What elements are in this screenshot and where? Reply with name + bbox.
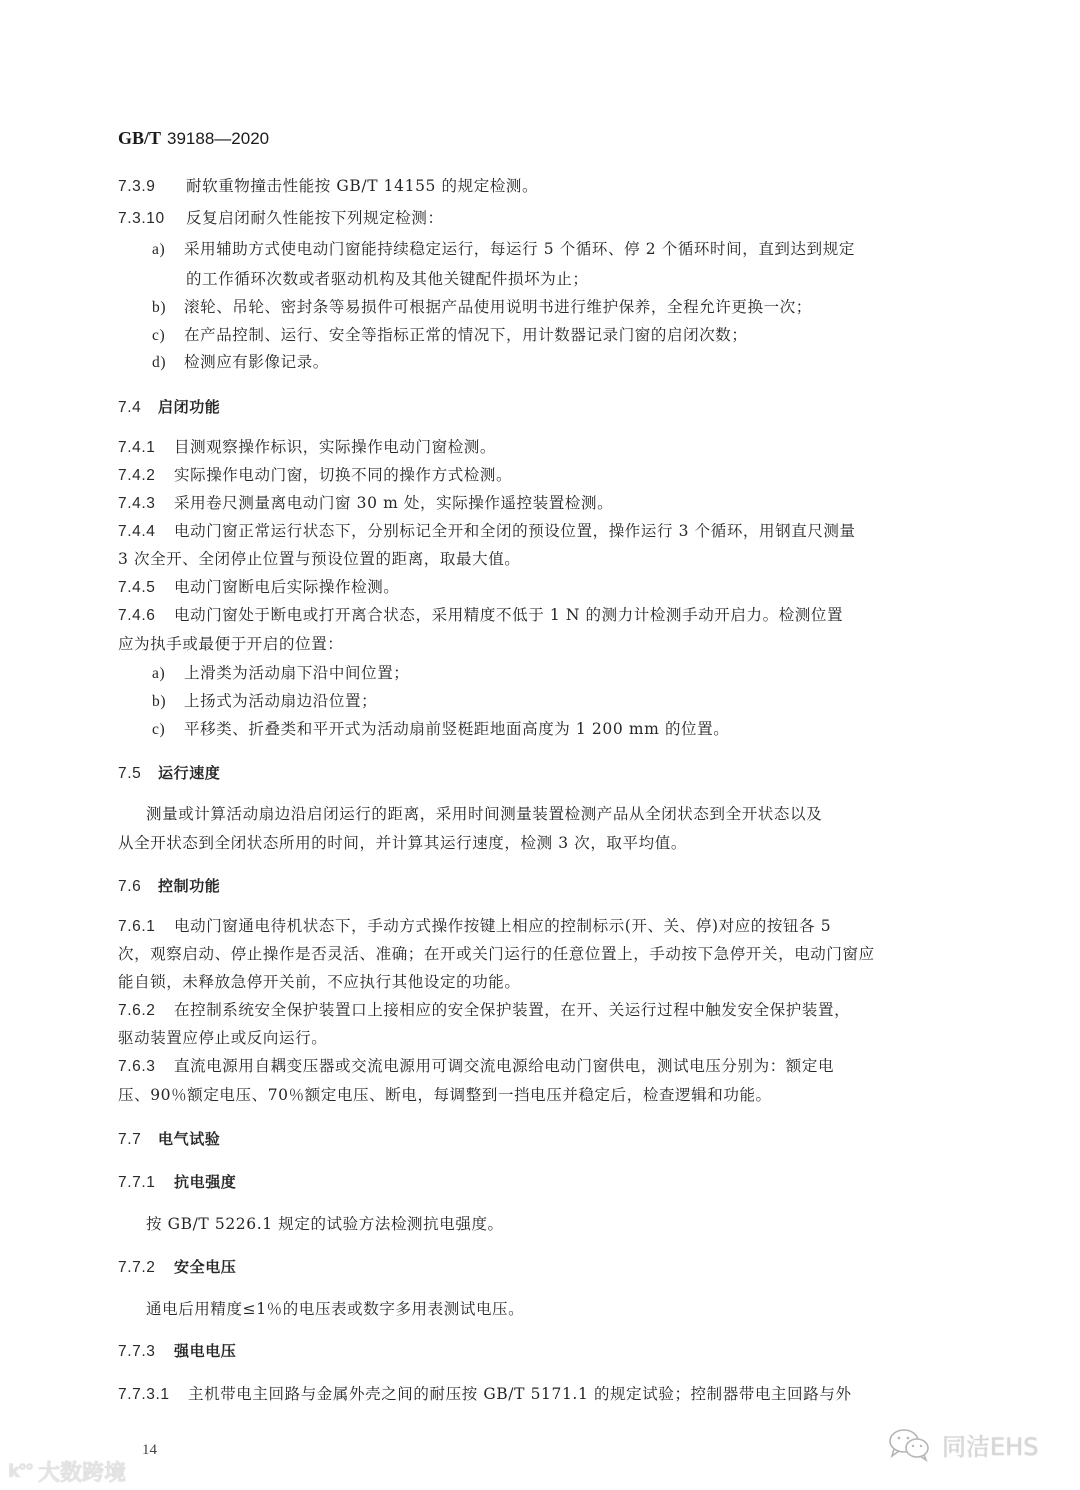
clause-7-4-3: 7.4.3采用卷尺测量离电动门窗 30 m 处，实际操作遥控装置检测。 bbox=[118, 493, 613, 514]
paragraph-text: 按 GB/T 5226.1 规定的试验方法检测抗电强度。 bbox=[146, 1215, 504, 1233]
paragraph: 测量或计算活动扇边沿启闭运行的距离，采用时间测量装置检测产品从全闭状态到全开状态… bbox=[146, 804, 822, 824]
list-item-b: b)滚轮、吊轮、密封条等易损件可根据产品使用说明书进行维护保养，全程允许更换一次… bbox=[152, 297, 812, 318]
paragraph-text: 从全开状态到全闭状态所用的时间，并计算其运行速度，检测 3 次，取平均值。 bbox=[118, 834, 687, 852]
list-text: 滚轮、吊轮、密封条等易损件可根据产品使用说明书进行维护保养，全程允许更换一次； bbox=[184, 298, 812, 316]
clause-text: 应为执手或最便于开启的位置： bbox=[118, 635, 343, 653]
section-7-4-heading: 7.4启闭功能 bbox=[118, 397, 220, 418]
clause-7-4-4: 7.4.4电动门窗正常运行状态下，分别标记全开和全闭的预设位置，操作运行 3 个… bbox=[118, 521, 856, 542]
list-item-d: d)检测应有影像记录。 bbox=[152, 352, 329, 373]
document-page: GB/T39188—2020 7.3.9耐软重物撞击性能按 GB/T 14155… bbox=[0, 0, 1080, 1490]
clause-number: 7.4.3 bbox=[118, 494, 174, 514]
list-label: b) bbox=[152, 298, 184, 318]
list-text: 上扬式为活动扇边沿位置； bbox=[184, 692, 377, 710]
clause-7-4-1: 7.4.1目测观察操作标识，实际操作电动门窗检测。 bbox=[118, 437, 496, 458]
clause-number: 7.3.9 bbox=[118, 177, 186, 197]
clause-text: 电动门窗处于断电或打开离合状态，采用精度不低于 1 N 的测力计检测手动开启力。… bbox=[174, 606, 843, 624]
list-label: a) bbox=[152, 664, 184, 684]
list-item-c: c)在产品控制、运行、安全等指标正常的情况下，用计数器记录门窗的启闭次数； bbox=[152, 325, 748, 346]
watermark-left-text: 大数跨境 bbox=[38, 1456, 126, 1487]
list-label: d) bbox=[152, 353, 184, 373]
clause-text: 3 次全开、全闭停止位置与预设位置的距离，取最大值。 bbox=[118, 550, 520, 568]
clause-7-3-9: 7.3.9耐软重物撞击性能按 GB/T 14155 的规定检测。 bbox=[118, 176, 538, 197]
standard-header: GB/T39188—2020 bbox=[118, 128, 269, 149]
list-item-b: b)上扬式为活动扇边沿位置； bbox=[152, 691, 377, 712]
subsection-7-7-1-heading: 7.7.1抗电强度 bbox=[118, 1172, 236, 1193]
section-title: 控制功能 bbox=[158, 877, 220, 895]
clause-text: 反复启闭耐久性能按下列规定检测： bbox=[186, 209, 444, 227]
section-7-5-heading: 7.5运行速度 bbox=[118, 763, 220, 784]
clause-text: 耐软重物撞击性能按 GB/T 14155 的规定检测。 bbox=[186, 177, 538, 195]
paragraph: 按 GB/T 5226.1 规定的试验方法检测抗电强度。 bbox=[146, 1214, 504, 1234]
list-item-a-cont: 的工作循环次数或者驱动机构及其他关键配件损坏为止； bbox=[186, 269, 589, 289]
list-item-c: c)平移类、折叠类和平开式为活动扇前竖梃距地面高度为 1 200 mm 的位置。 bbox=[152, 719, 729, 740]
clause-text: 采用卷尺测量离电动门窗 30 m 处，实际操作遥控装置检测。 bbox=[174, 494, 613, 512]
clause-text: 电动门窗断电后实际操作检测。 bbox=[174, 578, 399, 596]
subsection-7-7-2-heading: 7.7.2安全电压 bbox=[118, 1257, 236, 1278]
section-title: 电气试验 bbox=[158, 1130, 220, 1148]
watermark-left: k°° 大数跨境 bbox=[8, 1456, 126, 1487]
clause-number: 7.4.6 bbox=[118, 606, 174, 626]
paragraph-text: 测量或计算活动扇边沿启闭运行的距离，采用时间测量装置检测产品从全闭状态到全开状态… bbox=[146, 805, 822, 823]
subsection-number: 7.7.1 bbox=[118, 1173, 174, 1193]
subsection-title: 强电电压 bbox=[174, 1342, 236, 1360]
clause-number: 7.7.3.1 bbox=[118, 1385, 188, 1405]
page-number: 14 bbox=[142, 1442, 157, 1459]
clause-7-6-3: 7.6.3直流电源用自耦变压器或交流电源用可调交流电源给电动门窗供电，测试电压分… bbox=[118, 1056, 834, 1077]
clause-text: 主机带电主回路与金属外壳之间的耐压按 GB/T 5171.1 的规定试验；控制器… bbox=[188, 1385, 852, 1403]
clause-text: 驱动装置应停止或反向运行。 bbox=[118, 1029, 327, 1047]
clause-number: 7.6.1 bbox=[118, 917, 174, 937]
clause-7-4-6-cont: 应为执手或最便于开启的位置： bbox=[118, 634, 343, 654]
paragraph-text: 通电后用精度≤1％的电压表或数字多用表测试电压。 bbox=[146, 1300, 524, 1318]
clause-text: 电动门窗正常运行状态下，分别标记全开和全闭的预设位置，操作运行 3 个循环，用钢… bbox=[174, 522, 856, 540]
clause-7-6-3-cont: 压、90％额定电压、70％额定电压、断电，每调整到一挡电压并稳定后，检查逻辑和功… bbox=[118, 1085, 772, 1105]
clause-number: 7.4.4 bbox=[118, 522, 174, 542]
subsection-number: 7.7.3 bbox=[118, 1342, 174, 1362]
clause-7-7-3-1: 7.7.3.1主机带电主回路与金属外壳之间的耐压按 GB/T 5171.1 的规… bbox=[118, 1384, 852, 1405]
list-text: 的工作循环次数或者驱动机构及其他关键配件损坏为止； bbox=[186, 270, 589, 288]
list-text: 上滑类为活动扇下沿中间位置； bbox=[184, 664, 409, 682]
section-number: 7.7 bbox=[118, 1130, 158, 1150]
clause-text: 电动门窗通电待机状态下，手动方式操作按键上相应的控制标示(开、关、停)对应的按钮… bbox=[174, 917, 831, 935]
list-label: c) bbox=[152, 720, 184, 740]
list-item-a: a)采用辅助方式使电动门窗能持续稳定运行，每运行 5 个循环、停 2 个循环时间… bbox=[152, 239, 855, 260]
standard-prefix: GB/T bbox=[118, 128, 161, 148]
clause-7-4-5: 7.4.5电动门窗断电后实际操作检测。 bbox=[118, 577, 399, 598]
subsection-number: 7.7.2 bbox=[118, 1258, 174, 1278]
watermark-right-text: 同洁EHS bbox=[942, 1427, 1038, 1462]
clause-number: 7.4.1 bbox=[118, 438, 174, 458]
list-label: b) bbox=[152, 692, 184, 712]
clause-text: 实际操作电动门窗，切换不同的操作方式检测。 bbox=[174, 466, 512, 484]
clause-7-4-6: 7.4.6电动门窗处于断电或打开离合状态，采用精度不低于 1 N 的测力计检测手… bbox=[118, 605, 843, 626]
clause-7-4-4-cont: 3 次全开、全闭停止位置与预设位置的距离，取最大值。 bbox=[118, 549, 520, 569]
clause-7-6-1-cont: 次，观察启动、停止操作是否灵活、准确；在开或关门运行的任意位置上，手动按下急停开… bbox=[118, 944, 875, 964]
clause-7-6-1: 7.6.1电动门窗通电待机状态下，手动方式操作按键上相应的控制标示(开、关、停)… bbox=[118, 916, 831, 937]
clause-number: 7.6.2 bbox=[118, 1001, 174, 1021]
clause-7-6-2: 7.6.2在控制系统安全保护装置口上接相应的安全保护装置，在开、关运行过程中触发… bbox=[118, 1000, 850, 1021]
clause-7-6-2-cont: 驱动装置应停止或反向运行。 bbox=[118, 1028, 327, 1048]
clause-text: 在控制系统安全保护装置口上接相应的安全保护装置，在开、关运行过程中触发安全保护装… bbox=[174, 1001, 850, 1019]
list-text: 检测应有影像记录。 bbox=[184, 353, 329, 371]
list-label: a) bbox=[152, 240, 184, 260]
subsection-title: 抗电强度 bbox=[174, 1173, 236, 1191]
wechat-icon bbox=[888, 1428, 932, 1462]
clause-7-6-1-cont: 能自锁，未释放急停开关前，不应执行其他设定的功能。 bbox=[118, 972, 521, 992]
clause-number: 7.6.3 bbox=[118, 1057, 174, 1077]
section-7-7-heading: 7.7电气试验 bbox=[118, 1129, 220, 1150]
section-number: 7.6 bbox=[118, 877, 158, 897]
clause-number: 7.4.5 bbox=[118, 578, 174, 598]
list-text: 在产品控制、运行、安全等指标正常的情况下，用计数器记录门窗的启闭次数； bbox=[184, 326, 748, 344]
subsection-7-7-3-heading: 7.7.3强电电压 bbox=[118, 1341, 236, 1362]
section-number: 7.5 bbox=[118, 764, 158, 784]
clause-number: 7.4.2 bbox=[118, 466, 174, 486]
clause-text: 次，观察启动、停止操作是否灵活、准确；在开或关门运行的任意位置上，手动按下急停开… bbox=[118, 945, 875, 963]
clause-7-4-2: 7.4.2实际操作电动门窗，切换不同的操作方式检测。 bbox=[118, 465, 512, 486]
section-title: 运行速度 bbox=[158, 764, 220, 782]
subsection-title: 安全电压 bbox=[174, 1258, 236, 1276]
brand-logo-icon: k°° bbox=[8, 1461, 32, 1482]
clause-text: 目测观察操作标识，实际操作电动门窗检测。 bbox=[174, 438, 496, 456]
section-7-6-heading: 7.6控制功能 bbox=[118, 876, 220, 897]
standard-number: 39188—2020 bbox=[167, 129, 269, 148]
clause-text: 压、90％额定电压、70％额定电压、断电，每调整到一挡电压并稳定后，检查逻辑和功… bbox=[118, 1086, 772, 1104]
list-text: 平移类、折叠类和平开式为活动扇前竖梃距地面高度为 1 200 mm 的位置。 bbox=[184, 720, 729, 738]
clause-7-3-10: 7.3.10反复启闭耐久性能按下列规定检测： bbox=[118, 208, 444, 229]
paragraph-cont: 从全开状态到全闭状态所用的时间，并计算其运行速度，检测 3 次，取平均值。 bbox=[118, 833, 687, 853]
clause-text: 能自锁，未释放急停开关前，不应执行其他设定的功能。 bbox=[118, 973, 521, 991]
section-title: 启闭功能 bbox=[158, 398, 220, 416]
section-number: 7.4 bbox=[118, 398, 158, 418]
list-item-a: a)上滑类为活动扇下沿中间位置； bbox=[152, 663, 409, 684]
list-text: 采用辅助方式使电动门窗能持续稳定运行，每运行 5 个循环、停 2 个循环时间，直… bbox=[184, 240, 855, 258]
list-label: c) bbox=[152, 326, 184, 346]
watermark-right: 同洁EHS bbox=[888, 1427, 1038, 1462]
clause-number: 7.3.10 bbox=[118, 209, 186, 229]
clause-text: 直流电源用自耦变压器或交流电源用可调交流电源给电动门窗供电，测试电压分别为：额定… bbox=[174, 1057, 834, 1075]
paragraph: 通电后用精度≤1％的电压表或数字多用表测试电压。 bbox=[146, 1299, 524, 1319]
